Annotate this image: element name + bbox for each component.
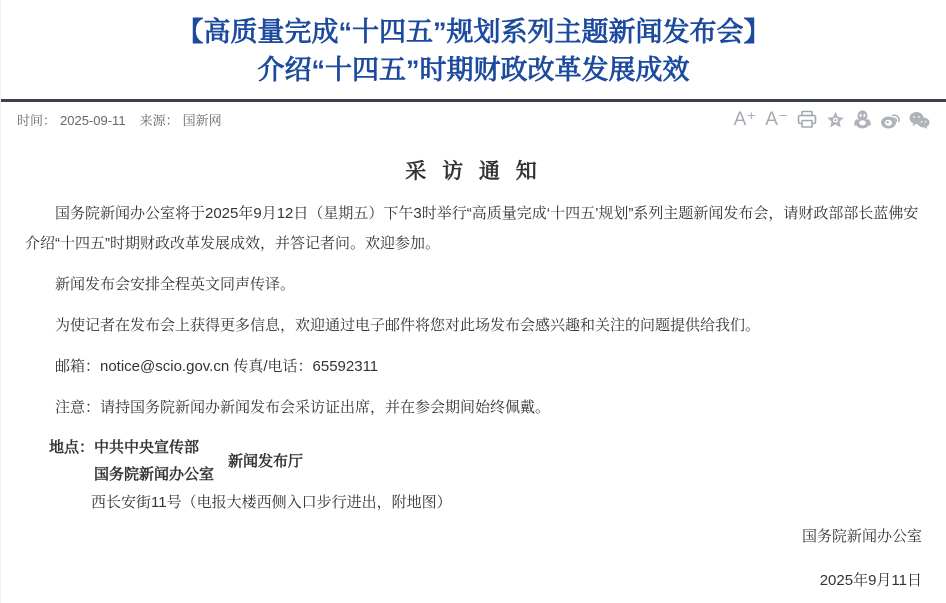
venue-organizations: 中共中央宣传部 国务院新闻办公室 xyxy=(94,434,214,488)
weibo-share-icon xyxy=(880,111,900,129)
time-label: 时间： xyxy=(17,113,56,128)
venue-label: 地点： xyxy=(49,434,94,488)
press-notice-page: 【高质量完成“十四五”规划系列主题新闻发布会】 介绍“十四五”时期财政改革发展成… xyxy=(0,0,946,603)
qq-share-icon xyxy=(854,110,871,129)
venue-org-1: 中共中央宣传部 xyxy=(94,434,214,461)
font-decrease-button[interactable]: A⁻ xyxy=(765,110,788,129)
note-line: 注意：请持国务院新闻办新闻发布会采访证出席，并在参会期间始终佩戴。 xyxy=(25,393,922,423)
star-favorite-icon xyxy=(826,111,845,129)
paragraph-announcement: 国务院新闻办公室将于2025年9月12日（星期五）下午3时举行“高质量完成‘十四… xyxy=(25,199,922,259)
notice-body: 采 访 通 知 国务院新闻办公室将于2025年9月12日（星期五）下午3时举行“… xyxy=(1,157,946,596)
venue-org-2: 国务院新闻办公室 xyxy=(94,461,214,488)
time-value: 2025-09-11 xyxy=(60,113,126,128)
headline-line-1: 【高质量完成“十四五”规划系列主题新闻发布会】 xyxy=(1,13,946,51)
favorite-button[interactable] xyxy=(826,111,845,129)
qq-share-button[interactable] xyxy=(854,110,871,129)
headline-block: 【高质量完成“十四五”规划系列主题新闻发布会】 介绍“十四五”时期财政改革发展成… xyxy=(1,0,946,89)
contact-line: 邮箱：notice@scio.gov.cn 传真/电话：65592311 xyxy=(25,352,922,382)
weibo-share-button[interactable] xyxy=(880,111,900,129)
paragraph-interpretation: 新闻发布会安排全程英文同声传译。 xyxy=(25,270,922,300)
venue-address: 西长安街11号（电报大楼西侧入口步行进出，附地图） xyxy=(25,488,922,518)
font-increase-button[interactable]: A⁺ xyxy=(734,110,757,129)
headline-line-2: 介绍“十四五”时期财政改革发展成效 xyxy=(1,51,946,89)
meta-bar: 时间：2025-09-11来源：国新网 A⁺ A⁻ xyxy=(1,102,946,133)
source-value: 国新网 xyxy=(183,113,222,128)
signature-org: 国务院新闻办公室 xyxy=(25,522,922,552)
venue-block: 地点： 中共中央宣传部 国务院新闻办公室 新闻发布厅 xyxy=(25,434,922,488)
article-meta: 时间：2025-09-11来源：国新网 xyxy=(17,110,222,129)
venue-hall: 新闻发布厅 xyxy=(228,448,303,475)
source-label: 来源： xyxy=(140,113,179,128)
wechat-share-icon xyxy=(909,111,930,129)
toolbar: A⁺ A⁻ xyxy=(734,110,930,129)
printer-icon xyxy=(797,110,817,129)
notice-title: 采 访 通 知 xyxy=(25,157,922,187)
signature-date: 2025年9月11日 xyxy=(25,566,922,596)
wechat-share-button[interactable] xyxy=(909,111,930,129)
paragraph-email-invite: 为使记者在发布会上获得更多信息，欢迎通过电子邮件将您对此场发布会感兴趣和关注的问… xyxy=(25,311,922,341)
print-button[interactable] xyxy=(797,110,817,129)
